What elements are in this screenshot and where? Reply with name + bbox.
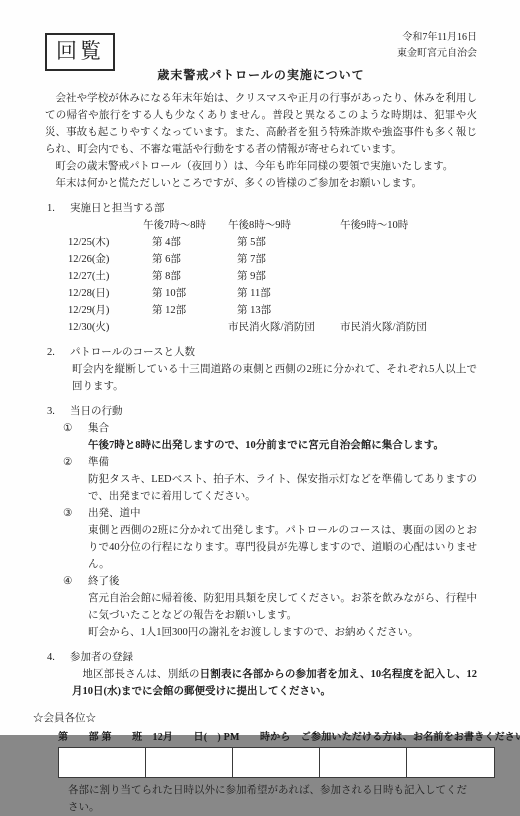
section2-title: パトロールのコースと人数 bbox=[70, 344, 195, 361]
item1-label: 集合 bbox=[88, 420, 477, 437]
signup-cell bbox=[233, 748, 320, 777]
timeslot-2: 午後8時～9時 bbox=[228, 217, 340, 234]
item2-text: 防犯タスキ、LEDベスト、拍子木、ライト、保安指示灯などを準備してありますので、… bbox=[88, 471, 477, 505]
circled-number-3: ③ bbox=[63, 505, 88, 573]
item1-bold-text: 午後7時と8時に出発しますので、10分前までに宮元自治会館に集合します。 bbox=[88, 437, 477, 454]
section1-number: 1. bbox=[45, 200, 70, 217]
signup-form-header: 第 部 第 班 12月 日( ) PM 時から ご参加いただける方は、お名前をお… bbox=[58, 729, 477, 746]
section-schedule: 1. 実施日と担当する部 午後7時～8時 午後8時～9時 午後9時～10時 12… bbox=[45, 200, 477, 336]
intro-paragraph-1: 会社や学校が休みになる年末年始は、クリスマスや正月の行事があったり、休みを利用し… bbox=[45, 90, 477, 158]
item4-text2: 町会から、1人1回300円の謝礼をお渡ししますので、お納めください。 bbox=[88, 624, 477, 641]
timeslot-1: 午後7時～8時 bbox=[143, 217, 228, 234]
signup-cell bbox=[59, 748, 146, 777]
signup-note: 各部に割り当てられた日時以外に参加希望があれば、参加される日時も記入してください… bbox=[68, 782, 477, 816]
action-item-after: ④ 終了後 宮元自治会館に帰着後、防犯用具類を戻してください。お茶を飲みながら、… bbox=[63, 573, 477, 641]
schedule-header-row: 午後7時～8時 午後8時～9時 午後9時～10時 bbox=[68, 217, 477, 234]
intro-paragraphs: 会社や学校が休みになる年末年始は、クリスマスや正月の行事があったり、休みを利用し… bbox=[45, 90, 477, 192]
circled-number-1: ① bbox=[63, 420, 88, 454]
section-course: 2. パトロールのコースと人数 町会内を縦断している十三間道路の東側と西側の2班… bbox=[45, 344, 477, 395]
intro-paragraph-2: 町会の歳末警戒パトロール（夜回り）は、今年も昨年同様の要領で実施いたします。 bbox=[45, 158, 477, 175]
section3-title: 当日の行動 bbox=[70, 403, 123, 420]
action-item-departure: ③ 出発、道中 東側と西側の2班に分かれて出発します。パトロールのコースは、裏面… bbox=[63, 505, 477, 573]
action-item-preparation: ② 準備 防犯タスキ、LEDベスト、拍子木、ライト、保安指示灯などを準備してあり… bbox=[63, 454, 477, 505]
item4-text: 宮元自治会館に帰着後、防犯用具類を戻してください。お茶を飲みながら、行程中に気づ… bbox=[88, 590, 477, 624]
intro-paragraph-3: 年末は何かと慌ただしいところですが、多くの皆様のご参加をお願いします。 bbox=[45, 175, 477, 192]
schedule-row: 12/30(火) 市民消火隊/消防団 市民消火隊/消防団 bbox=[68, 319, 477, 336]
timeslot-3: 午後9時～10時 bbox=[340, 217, 477, 234]
section-registration: 4. 参加者の登録 地区部長さんは、別紙の日割表に各部からの参加者を加え、10名… bbox=[45, 649, 477, 700]
circled-number-4: ④ bbox=[63, 573, 88, 641]
action-item-gathering: ① 集合 午後7時と8時に出発しますので、10分前までに宮元自治会館に集合します… bbox=[63, 420, 477, 454]
section3-number: 3. bbox=[45, 403, 70, 420]
schedule-row: 12/27(土) 第 8部 第 9部 bbox=[68, 268, 477, 285]
item3-text: 東側と西側の2班に分かれて出発します。パトロールのコースは、裏面の図のとおりで4… bbox=[88, 522, 477, 573]
circled-number-2: ② bbox=[63, 454, 88, 505]
signup-name-table bbox=[58, 747, 495, 778]
schedule-row: 12/29(月) 第 12部 第 13部 bbox=[68, 302, 477, 319]
stamp-label: 回覧 bbox=[56, 39, 104, 63]
section4-body: 地区部長さんは、別紙の日割表に各部からの参加者を加え、10名程度を記入し、12月… bbox=[72, 666, 477, 700]
item2-label: 準備 bbox=[88, 454, 477, 471]
item4-label: 終了後 bbox=[88, 573, 477, 590]
section-day-actions: 3. 当日の行動 ① 集合 午後7時と8時に出発しますので、10分前までに宮元自… bbox=[45, 403, 477, 641]
schedule-row: 12/28(日) 第 10部 第 11部 bbox=[68, 285, 477, 302]
schedule-row: 12/25(木) 第 4部 第 5部 bbox=[68, 234, 477, 251]
section2-number: 2. bbox=[45, 344, 70, 361]
kairan-stamp-box: 回覧 bbox=[45, 33, 115, 71]
signup-heading: ☆会員各位☆ bbox=[33, 710, 477, 727]
section4-number: 4. bbox=[45, 649, 70, 666]
signup-cell bbox=[320, 748, 407, 777]
signup-cell bbox=[407, 748, 494, 777]
schedule-table: 午後7時～8時 午後8時～9時 午後9時～10時 12/25(木) 第 4部 第… bbox=[68, 217, 477, 336]
signup-cell bbox=[146, 748, 233, 777]
section2-body: 町会内を縦断している十三間道路の東側と西側の2班に分かれて、それぞれ5人以上で回… bbox=[72, 361, 477, 395]
schedule-row: 12/26(金) 第 6部 第 7部 bbox=[68, 251, 477, 268]
section1-title: 実施日と担当する部 bbox=[70, 200, 165, 217]
item3-label: 出発、道中 bbox=[88, 505, 477, 522]
section4-lead: 地区部長さんは、別紙の bbox=[83, 669, 200, 680]
signup-section: ☆会員各位☆ 第 部 第 班 12月 日( ) PM 時から ご参加いただける方… bbox=[45, 710, 477, 816]
section4-title: 参加者の登録 bbox=[70, 649, 133, 666]
circular-document: 回覧 令和7年11月16日 東金町宮元自治会 歳末警戒パトロールの実施について … bbox=[0, 0, 520, 735]
